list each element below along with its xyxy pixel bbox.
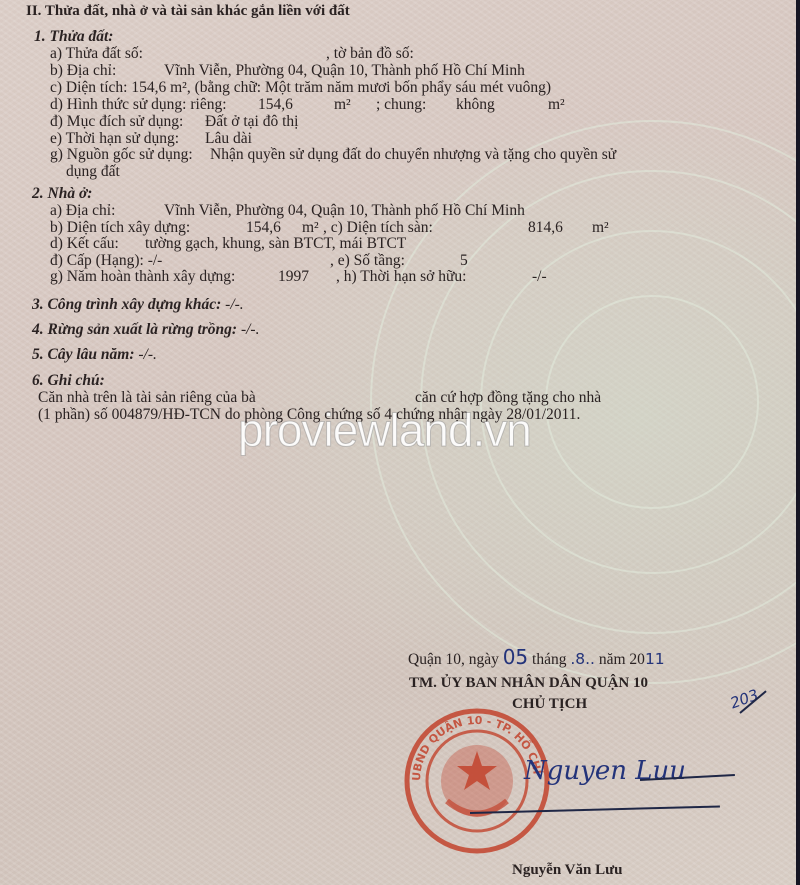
- unit: m²: [592, 219, 609, 237]
- year-value: 1997: [278, 268, 309, 286]
- other-item-value: -/-.: [138, 346, 157, 363]
- other-item: 4. Rừng sản xuất là rừng trồng: -/-.: [32, 321, 259, 339]
- ownership-term-value: -/-: [532, 268, 547, 286]
- date-prefix: Quận 10, ngày: [408, 651, 499, 668]
- shared-label: ; chung:: [376, 96, 426, 114]
- land-area-label: c) Diện tích:: [50, 79, 127, 96]
- other-item-value: -/-.: [225, 296, 244, 313]
- notes-heading: 6. Ghi chú:: [32, 372, 105, 390]
- land-area-words: (bằng chữ: Một trăm năm mươi bốn phẩy sá…: [195, 79, 551, 96]
- unit: m²: [548, 96, 565, 114]
- land-heading: 1. Thửa đất:: [34, 28, 113, 46]
- notes-line1: Căn nhà trên là tài sản riêng của bà: [38, 389, 256, 407]
- grade-text: đ) Cấp (Hạng):: [50, 252, 144, 269]
- structure-label: d) Kết cấu:: [50, 235, 119, 253]
- ownership-term-label: , h) Thời hạn sở hữu:: [336, 268, 466, 286]
- floor-area-value: 814,6: [528, 219, 563, 237]
- authority: TM. ỦY BAN NHÂN DÂN QUẬN 10: [409, 674, 648, 692]
- land-address-value: Vĩnh Viễn, Phường 04, Quận 10, Thành phố…: [164, 62, 525, 80]
- year-label: g) Năm hoàn thành xây dựng:: [50, 268, 235, 286]
- signature: Nguyen Luu: [524, 756, 686, 786]
- other-item-label: 3. Công trình xây dựng khác:: [32, 296, 221, 313]
- origin-label: g) Nguồn gốc sử dụng:: [50, 146, 193, 164]
- date-month: .8..: [570, 650, 595, 668]
- origin-value-cont: dụng đất: [66, 163, 120, 181]
- shared-value: không: [456, 96, 495, 114]
- land-area-row: c) Diện tích: 154,6 m², (bằng chữ: Một t…: [50, 79, 551, 97]
- unit: m²: [170, 79, 187, 96]
- structure-value: tường gạch, khung, sàn BTCT, mái BTCT: [145, 235, 406, 253]
- purpose-value: Đất ở tại đô thị: [205, 113, 298, 131]
- house-heading: 2. Nhà ở:: [32, 185, 92, 203]
- private-label: riêng:: [190, 96, 226, 113]
- private-value: 154,6: [258, 96, 293, 114]
- land-address-label: b) Địa chỉ:: [50, 62, 116, 80]
- other-item-label: 4. Rừng sản xuất là rừng trồng:: [32, 321, 237, 338]
- year-label: năm 20: [599, 651, 645, 668]
- grade-value: -/-: [148, 252, 163, 269]
- photo-edge: [796, 0, 800, 885]
- land-area-value: 154,6: [131, 79, 166, 96]
- other-item: 3. Công trình xây dựng khác: -/-.: [32, 296, 244, 314]
- watermark: proviewland.vn: [238, 403, 531, 457]
- other-item-label: 5. Cây lâu năm:: [32, 346, 134, 363]
- date-day: 05: [503, 645, 528, 669]
- origin-value: Nhận quyền sử dụng đất do chuyển nhượng …: [210, 146, 616, 164]
- unit: m²: [334, 96, 351, 114]
- parcel-label: a) Thửa đất số:: [50, 45, 143, 63]
- other-item: 5. Cây lâu năm: -/-.: [32, 346, 157, 364]
- house-address-label: a) Địa chỉ:: [50, 202, 115, 220]
- usage-form-text: d) Hình thức sử dụng:: [50, 96, 187, 113]
- date-year: 11: [645, 650, 665, 668]
- section-title: II. Thửa đất, nhà ở và tài sản khác gắn …: [26, 2, 350, 20]
- month-label: tháng: [532, 651, 566, 668]
- date-line: Quận 10, ngày 05 tháng .8.. năm 2011: [408, 648, 665, 669]
- map-sheet-label: , tờ bản đồ số:: [326, 45, 414, 63]
- signer-name: Nguyễn Văn Lưu: [512, 861, 622, 879]
- purpose-label: đ) Mục đích sử dụng:: [50, 113, 183, 131]
- other-item-value: -/-.: [241, 321, 260, 338]
- house-address-value: Vĩnh Viễn, Phường 04, Quận 10, Thành phố…: [164, 202, 525, 220]
- usage-form-label: d) Hình thức sử dụng: riêng:: [50, 96, 227, 114]
